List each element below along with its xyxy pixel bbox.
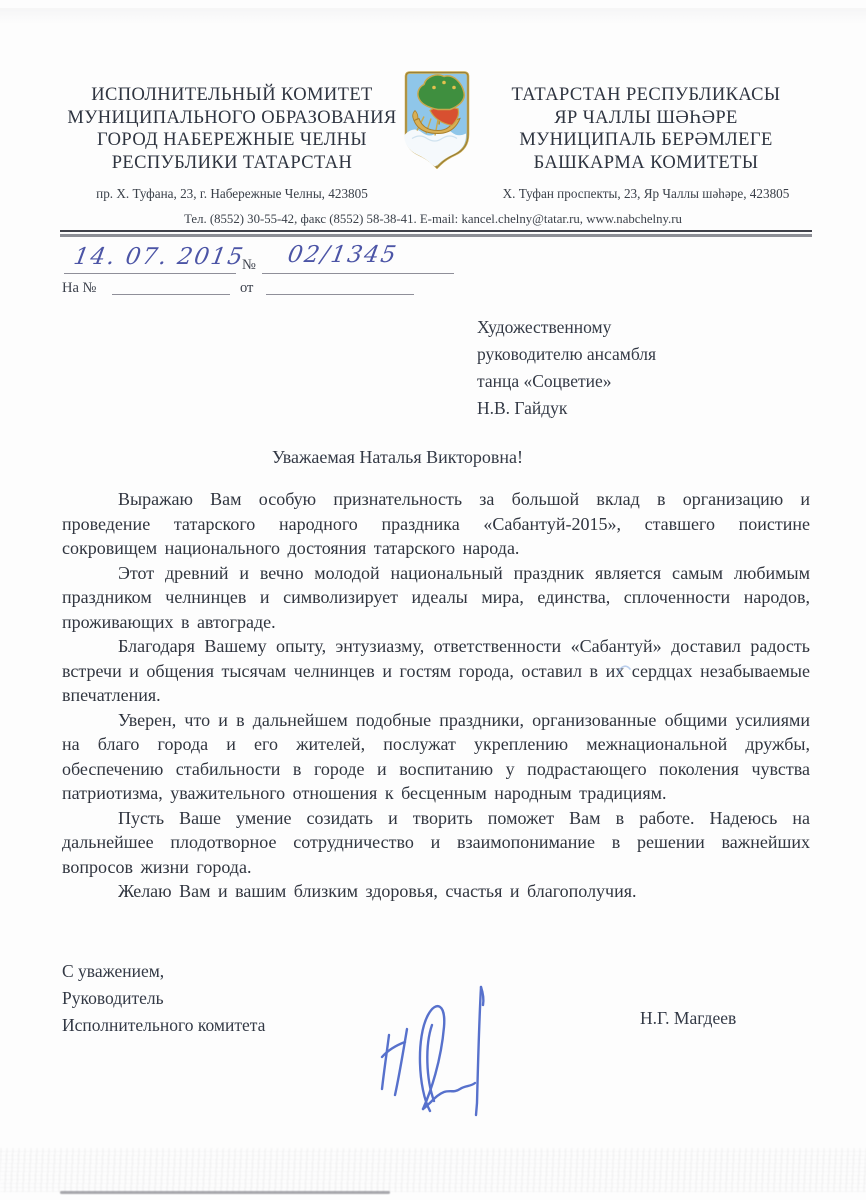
org-name-line: ИСПОЛНИТЕЛЬНЫЙ КОМИТЕТ (58, 84, 406, 107)
salutation: Уважаемая Наталья Викторовна! (272, 447, 523, 468)
ref-underline (112, 294, 230, 295)
body-paragraph: Уверен, что и в дальнейшем подобные праз… (62, 708, 810, 806)
ref-underline (262, 273, 454, 274)
ref-number-handwritten: 02/1345 (286, 242, 400, 268)
recipient-block: Художественному руководителю ансамбля та… (477, 314, 656, 422)
body-paragraph: Пусть Ваше умение созидать и творить пом… (62, 806, 810, 880)
coat-of-arms-icon (404, 70, 470, 169)
recipient-line: Н.В. Гайдук (477, 395, 656, 422)
org-name-line: БАШКАРМА КОМИТЕТЫ (476, 152, 816, 175)
org-name-line: ТАТАРСТАН РЕСПУБЛИКАСЫ (476, 84, 816, 107)
org-address: пр. Х. Туфана, 23, г. Набережные Челны, … (58, 186, 406, 202)
signoff-line: С уважением, (62, 958, 265, 985)
separator-rule-thin (60, 230, 812, 232)
contacts-line: Тел. (8552) 30-55-42, факс (8552) 58-38-… (0, 212, 866, 227)
org-address: Х. Туфан проспекты, 23, Яр Чаллы шәһәре,… (476, 186, 816, 202)
body-paragraph: Желаю Вам и вашим близким здоровья, счас… (62, 879, 810, 904)
scan-artifact-noise (0, 1148, 866, 1192)
ref-from-label: от (240, 280, 253, 297)
org-name-line: МУНИЦИПАЛЬНОГО ОБРАЗОВАНИЯ (58, 107, 406, 130)
ref-no-label: № (242, 257, 256, 274)
letterhead-left: ИСПОЛНИТЕЛЬНЫЙ КОМИТЕТ МУНИЦИПАЛЬНОГО ОБ… (58, 84, 406, 202)
recipient-line: руководителю ансамбля (477, 341, 656, 368)
body-paragraph: Благодаря Вашему опыту, энтузиазму, отве… (62, 634, 810, 708)
ref-reply-label: На № (62, 280, 96, 297)
org-name-line: МУНИЦИПАЛЬ БЕРӘМЛЕГЕ (476, 129, 816, 152)
org-name-line: РЕСПУБЛИКИ ТАТАРСТАН (58, 152, 406, 175)
signoff-line: Исполнительного комитета (62, 1012, 265, 1039)
body-paragraph: Выражаю Вам особую признательность за бо… (62, 487, 810, 561)
scan-artifact-line (60, 1191, 390, 1194)
recipient-line: Художественному (477, 314, 656, 341)
signoff-line: Руководитель (62, 985, 265, 1012)
letterhead-right: ТАТАРСТАН РЕСПУБЛИКАСЫ ЯР ЧАЛЛЫ ШӘҺӘРЕ М… (476, 84, 816, 202)
ref-underline (64, 273, 236, 274)
separator-rule-thick (60, 234, 812, 237)
handwritten-signature-icon (378, 983, 493, 1118)
ref-underline (266, 294, 414, 295)
signoff-block: С уважением, Руководитель Исполнительног… (62, 958, 265, 1039)
ink-blot-artifact (616, 662, 632, 676)
ref-date-handwritten: 14. 07. 2015 (72, 244, 247, 270)
body-paragraph: Этот древний и вечно молодой национальны… (62, 561, 810, 635)
recipient-line: танца «Соцветие» (477, 368, 656, 395)
org-name-line: ЯР ЧАЛЛЫ ШӘҺӘРЕ (476, 107, 816, 130)
scan-artifact-top (0, 8, 866, 24)
letter-body: Выражаю Вам особую признательность за бо… (62, 487, 810, 904)
signer-name: Н.Г. Магдеев (640, 1008, 736, 1029)
org-name-line: ГОРОД НАБЕРЕЖНЫЕ ЧЕЛНЫ (58, 129, 406, 152)
scanned-letter-page: ИСПОЛНИТЕЛЬНЫЙ КОМИТЕТ МУНИЦИПАЛЬНОГО ОБ… (0, 0, 866, 1200)
